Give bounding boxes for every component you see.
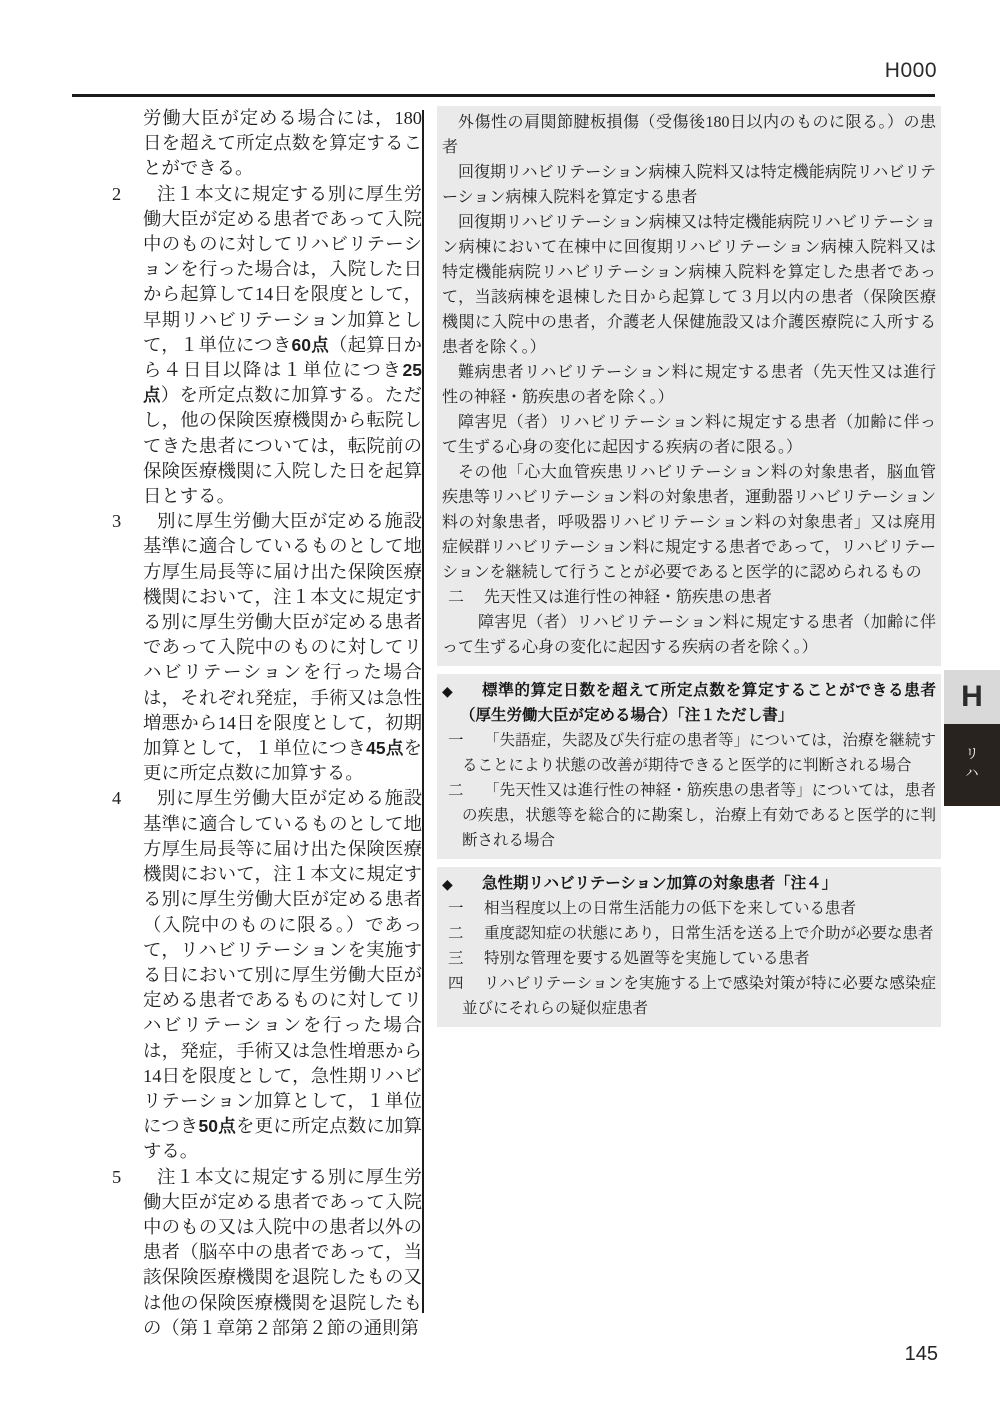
- numbered-list-item: 二 重度認知症の状態にあり，日常生活を送る上で介助が必要な患者: [442, 921, 936, 946]
- numbered-item-text: 「先天性又は進行性の神経・筋疾患の患者等」については，患者の疾患，状態等を総合的…: [462, 778, 936, 853]
- note-item-number: 5: [112, 1165, 121, 1190]
- document-page: H000 労働大臣が定める場合には，180日を超えて所定点数を算定することができ…: [0, 0, 1000, 1412]
- numbered-list-item: 二 「先天性又は進行性の神経・筋疾患の患者等」については，患者の疾患，状態等を総…: [442, 778, 936, 853]
- point-value: 50点: [199, 1116, 236, 1136]
- kanji-number: 二: [448, 921, 464, 946]
- numbered-list-item: 一 「失語症，失認及び失行症の患者等」については，治療を継続することにより状態の…: [442, 728, 936, 778]
- column-divider: [422, 110, 424, 1313]
- numbered-item-text: 重度認知症の状態にあり，日常生活を送る上で介助が必要な患者: [462, 921, 936, 946]
- note-item-text: 注１本文に規定する別に厚生労働大臣が定める患者であって入院中のものに対してリハビ…: [143, 182, 422, 510]
- kanji-number: 二: [448, 778, 464, 803]
- patient-list-paragraph: 難病患者リハビリテーション料に規定する患者（先天性又は進行性の神経・筋疾患の者を…: [442, 360, 936, 410]
- numbered-list-item: 三 特別な管理を要する処置等を実施している患者: [442, 946, 936, 971]
- section-side-tab: H リハ: [944, 670, 1000, 806]
- numbered-item-text: 「失語症，失認及び失行症の患者等」については，治療を継続することにより状態の改善…: [462, 728, 936, 778]
- page-number: 145: [905, 1343, 938, 1366]
- numbered-list-item: 四 リハビリテーションを実施する上で感染対策が特に必要な感染症並びにそれらの疑似…: [442, 971, 936, 1021]
- kanji-number: 一: [448, 728, 464, 753]
- text-segment: 注１本文に規定する別に厚生労働大臣が定める患者であって入院中のものに対してリハビ…: [143, 184, 422, 355]
- diamond-bullet-icon: ◆: [442, 872, 453, 897]
- numbered-item-text: リハビリテーションを実施する上で感染対策が特に必要な感染症並びにそれらの疑似症患…: [462, 971, 936, 1021]
- note-item-number: 4: [112, 786, 121, 811]
- category-tab-label: リハ: [962, 746, 982, 784]
- section-letter-tab: H: [944, 670, 1000, 724]
- patient-list-paragraph: 回復期リハビリテーション病棟又は特定機能病院リハビリテーション病棟において在棟中…: [442, 210, 936, 360]
- header-rule: [72, 94, 935, 97]
- note-item-number: 2: [112, 182, 121, 207]
- numbered-list-item: 二 先天性又は進行性の神経・筋疾患の患者: [442, 585, 936, 610]
- text-segment: ）を所定点数に加算する。ただし，他の保険医療機関から転院してきた患者については，…: [143, 385, 422, 506]
- section-heading: ◆ 標準的算定日数を超えて所定点数を算定することができる患者（厚生労働大臣が定め…: [442, 678, 936, 728]
- text-segment: 別に厚生労働大臣が定める施設基準に適合しているものとして地方厚生局長等に届け出た…: [143, 788, 422, 1136]
- patient-list-paragraph: 障害児（者）リハビリテーション料に規定する患者（加齢に伴って生ずる心身の変化に起…: [442, 410, 936, 460]
- note-item-2: 2 注１本文に規定する別に厚生労働大臣が定める患者であって入院中のものに対してリ…: [112, 182, 422, 510]
- right-column: 外傷性の肩関節腱板損傷（受傷後180日以内のものに限る。）の患者 回復期リハビリ…: [437, 106, 941, 1035]
- left-column: 労働大臣が定める場合には，180日を超えて所定点数を算定することができる。 2 …: [112, 106, 422, 1341]
- category-tab: リハ: [944, 724, 1000, 806]
- section-heading: ◆ 急性期リハビリテーション加算の対象患者「注４」: [442, 871, 936, 896]
- patient-list-paragraph: 障害児（者）リハビリテーション料に規定する患者（加齢に伴って生ずる心身の変化に起…: [442, 610, 936, 660]
- note-item-text: 別に厚生労働大臣が定める施設基準に適合しているものとして地方厚生局長等に届け出た…: [143, 509, 422, 786]
- numbered-item-text: 相当程度以上の日常生活能力の低下を来している患者: [462, 896, 936, 921]
- point-value: 60点: [292, 335, 330, 355]
- numbered-list-item: 一 相当程度以上の日常生活能力の低下を来している患者: [442, 896, 936, 921]
- note-item-4: 4 別に厚生労働大臣が定める施設基準に適合しているものとして地方厚生局長等に届け…: [112, 786, 422, 1164]
- section-code: H000: [885, 59, 937, 83]
- standard-days-exception-block: ◆ 標準的算定日数を超えて所定点数を算定することができる患者（厚生労働大臣が定め…: [437, 674, 941, 859]
- diamond-bullet-icon: ◆: [442, 679, 453, 704]
- note-item-3: 3 別に厚生労働大臣が定める施設基準に適合しているものとして地方厚生局長等に届け…: [112, 509, 422, 786]
- section-heading-text: 急性期リハビリテーション加算の対象患者「注４」: [460, 871, 936, 896]
- section-heading-text: 標準的算定日数を超えて所定点数を算定することができる患者（厚生労働大臣が定める場…: [460, 678, 936, 728]
- numbered-item-text: 特別な管理を要する処置等を実施している患者: [462, 946, 936, 971]
- text-segment: 別に厚生労働大臣が定める施設基準に適合しているものとして地方厚生局長等に届け出た…: [143, 511, 422, 758]
- kanji-number: 四: [448, 971, 464, 996]
- patient-list-paragraph: その他「心大血管疾患リハビリテーション料の対象患者，脳血管疾患等リハビリテーショ…: [442, 460, 936, 585]
- note-continuation-text: 労働大臣が定める場合には，180日を超えて所定点数を算定することができる。: [143, 106, 422, 182]
- patient-list-paragraph: 外傷性の肩関節腱板損傷（受傷後180日以内のものに限る。）の患者: [442, 110, 936, 160]
- note-item-text: 注１本文に規定する別に厚生労働大臣が定める患者であって入院中のもの又は入院中の患…: [143, 1165, 422, 1341]
- kanji-number: 一: [448, 896, 464, 921]
- patient-list-block: 外傷性の肩関節腱板損傷（受傷後180日以内のものに限る。）の患者 回復期リハビリ…: [437, 106, 941, 666]
- point-value: 45点: [366, 738, 404, 758]
- note-item-text: 別に厚生労働大臣が定める施設基準に適合しているものとして地方厚生局長等に届け出た…: [143, 786, 422, 1164]
- note-item-number: 3: [112, 509, 121, 534]
- kanji-number: 二: [448, 585, 464, 610]
- numbered-item-text: 先天性又は進行性の神経・筋疾患の患者: [462, 585, 936, 610]
- acute-rehab-addition-block: ◆ 急性期リハビリテーション加算の対象患者「注４」 一 相当程度以上の日常生活能…: [437, 867, 941, 1027]
- patient-list-paragraph: 回復期リハビリテーション病棟入院料又は特定機能病院リハビリテーション病棟入院料を…: [442, 160, 936, 210]
- kanji-number: 三: [448, 946, 464, 971]
- text-segment: 注１本文に規定する別に厚生労働大臣が定める患者であって入院中のもの又は入院中の患…: [143, 1167, 422, 1338]
- note-item-5: 5 注１本文に規定する別に厚生労働大臣が定める患者であって入院中のもの又は入院中…: [112, 1165, 422, 1341]
